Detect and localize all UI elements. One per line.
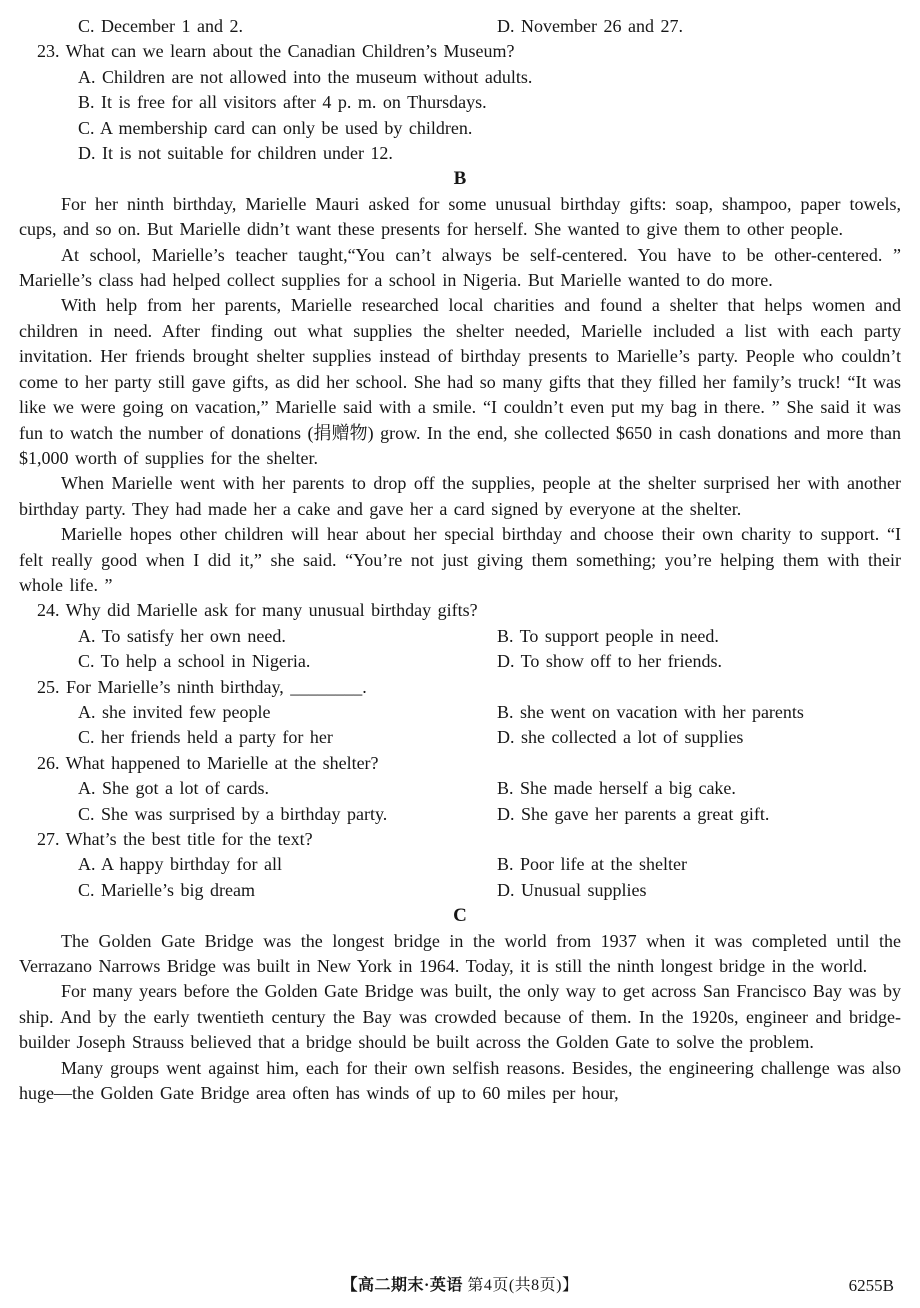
question-25-option-a: A. she invited few people bbox=[78, 702, 270, 722]
question-24-options-row-1: A. To satisfy her own need. B. To suppor… bbox=[19, 624, 901, 649]
question-26-option-b: B. She made herself a big cake. bbox=[497, 776, 736, 801]
page-footer: 【高二期末·英语 第4页(共8页)】 bbox=[0, 1273, 920, 1298]
question-22-option-d: D. November 26 and 27. bbox=[497, 14, 683, 39]
question-27-option-c: C. Marielle’s big dream bbox=[78, 880, 255, 900]
question-27-option-a: A. A happy birthday for all bbox=[78, 854, 282, 874]
question-23-option-d: D. It is not suitable for children under… bbox=[19, 141, 901, 166]
question-23-option-c: C. A membership card can only be used by… bbox=[19, 116, 901, 141]
question-27-options-row-2: C. Marielle’s big dream D. Unusual suppl… bbox=[19, 878, 901, 903]
section-b-header: B bbox=[19, 166, 901, 191]
question-27-option-b: B. Poor life at the shelter bbox=[497, 852, 687, 877]
question-26-options-row-1: A. She got a lot of cards. B. She made h… bbox=[19, 776, 901, 801]
question-25-options-row-1: A. she invited few people B. she went on… bbox=[19, 700, 901, 725]
passage-c-paragraph-1: The Golden Gate Bridge was the longest b… bbox=[19, 929, 901, 980]
question-25-option-d: D. she collected a lot of supplies bbox=[497, 725, 743, 750]
question-23-stem: 23. What can we learn about the Canadian… bbox=[19, 39, 901, 64]
passage-c-paragraph-3: Many groups went against him, each for t… bbox=[19, 1056, 901, 1107]
footer-exam-title: 【高二期末·英语 bbox=[341, 1277, 462, 1294]
exam-page: C. December 1 and 2. D. November 26 and … bbox=[0, 0, 920, 1308]
question-25-option-b: B. she went on vacation with her parents bbox=[497, 700, 804, 725]
question-24-option-b: B. To support people in need. bbox=[497, 624, 719, 649]
passage-c-paragraph-2: For many years before the Golden Gate Br… bbox=[19, 979, 901, 1055]
question-25-stem: 25. For Marielle’s ninth birthday, _____… bbox=[19, 675, 901, 700]
question-26-option-c: C. She was surprised by a birthday party… bbox=[78, 804, 387, 824]
question-27-stem: 27. What’s the best title for the text? bbox=[19, 827, 901, 852]
passage-b-paragraph-2: At school, Marielle’s teacher taught,“Yo… bbox=[19, 243, 901, 294]
question-22-options-row: C. December 1 and 2. D. November 26 and … bbox=[19, 14, 901, 39]
question-24-stem: 24. Why did Marielle ask for many unusua… bbox=[19, 598, 901, 623]
question-24-option-d: D. To show off to her friends. bbox=[497, 649, 722, 674]
passage-b-paragraph-4: When Marielle went with her parents to d… bbox=[19, 471, 901, 522]
question-26-option-a: A. She got a lot of cards. bbox=[78, 778, 269, 798]
question-24-option-c: C. To help a school in Nigeria. bbox=[78, 651, 310, 671]
question-26-option-d: D. She gave her parents a great gift. bbox=[497, 802, 769, 827]
question-24-options-row-2: C. To help a school in Nigeria. D. To sh… bbox=[19, 649, 901, 674]
question-22-option-c: C. December 1 and 2. bbox=[78, 16, 243, 36]
question-26-stem: 26. What happened to Marielle at the she… bbox=[19, 751, 901, 776]
question-27-option-d: D. Unusual supplies bbox=[497, 878, 647, 903]
question-23-option-a: A. Children are not allowed into the mus… bbox=[19, 65, 901, 90]
passage-b-paragraph-3: With help from her parents, Marielle res… bbox=[19, 293, 901, 471]
question-26-options-row-2: C. She was surprised by a birthday party… bbox=[19, 802, 901, 827]
footer-page-number: 第4页(共8页)】 bbox=[463, 1277, 579, 1294]
passage-b-paragraph-5: Marielle hopes other children will hear … bbox=[19, 522, 901, 598]
passage-b-paragraph-1: For her ninth birthday, Marielle Mauri a… bbox=[19, 192, 901, 243]
section-c-header: C bbox=[19, 903, 901, 928]
question-24-option-a: A. To satisfy her own need. bbox=[78, 626, 286, 646]
question-25-options-row-2: C. her friends held a party for her D. s… bbox=[19, 725, 901, 750]
question-27-options-row-1: A. A happy birthday for all B. Poor life… bbox=[19, 852, 901, 877]
question-25-option-c: C. her friends held a party for her bbox=[78, 727, 333, 747]
question-23-option-b: B. It is free for all visitors after 4 p… bbox=[19, 90, 901, 115]
paper-code: 6255B bbox=[849, 1273, 894, 1298]
